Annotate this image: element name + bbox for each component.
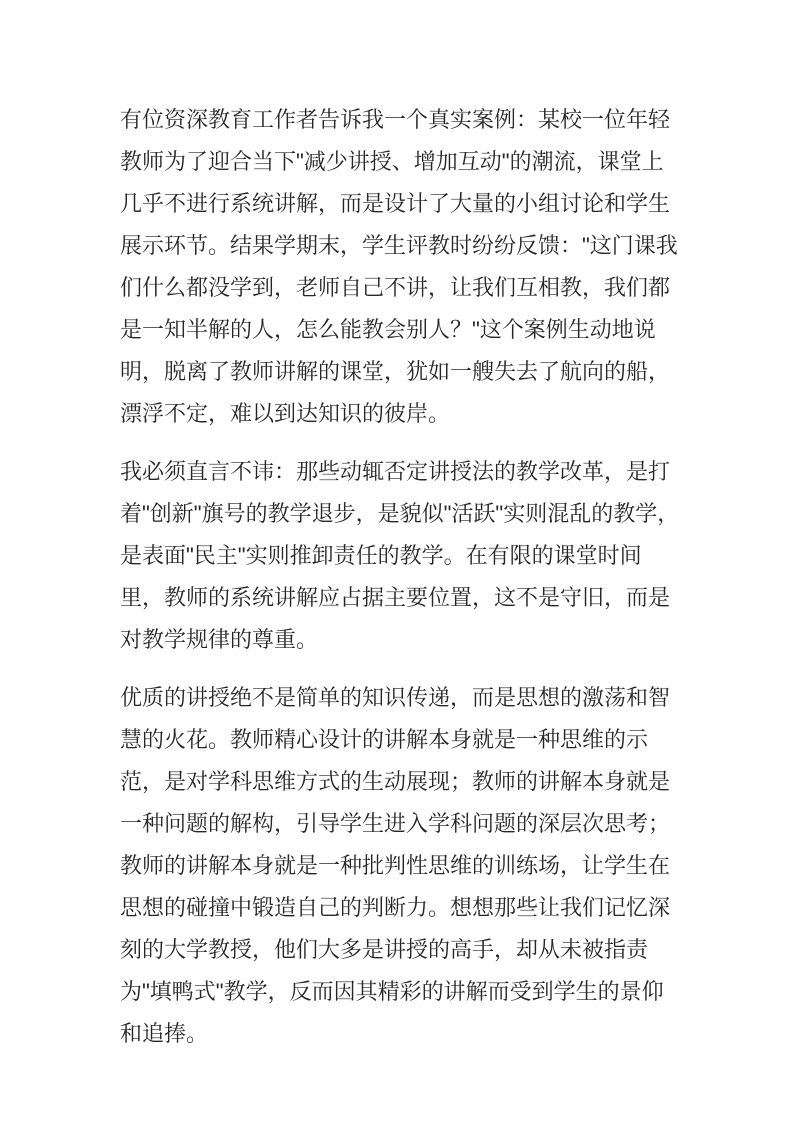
article-text-block: 有位资深教育工作者告诉我一个真实案例：某校一位年轻教师为了迎合当下"减少讲授、增… bbox=[120, 99, 685, 1055]
paragraph-quality-lecturing: 优质的讲授绝不是简单的知识传递，而是思想的激荡和智慧的火花。教师精心设计的讲解本… bbox=[120, 677, 685, 1055]
paragraph-critique: 我必须直言不讳：那些动辄否定讲授法的教学改革，是打着"创新"旗号的教学退步，是貌… bbox=[120, 451, 685, 661]
document-page: 有位资深教育工作者告诉我一个真实案例：某校一位年轻教师为了迎合当下"减少讲授、增… bbox=[0, 0, 793, 1122]
paragraph-case-story: 有位资深教育工作者告诉我一个真实案例：某校一位年轻教师为了迎合当下"减少讲授、增… bbox=[120, 99, 685, 435]
